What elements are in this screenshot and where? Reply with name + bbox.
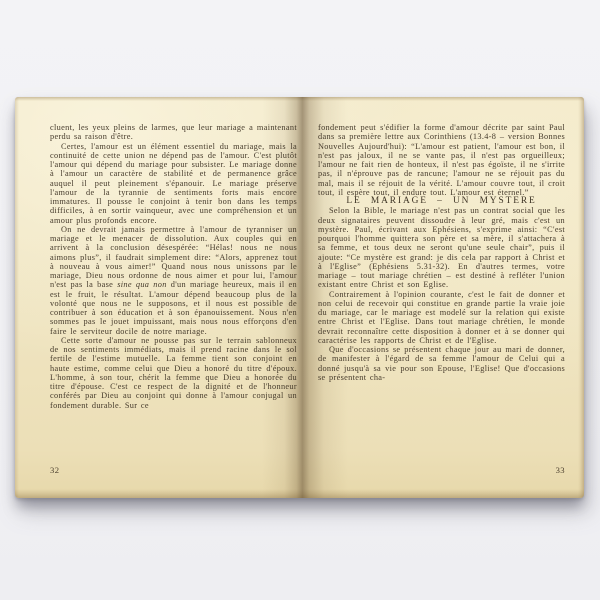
left-page-text-block: cluent, les yeux pleins de larmes, que l…: [50, 123, 297, 410]
page-number-right: 33: [318, 465, 565, 475]
paragraph-segment: d'un mariage heureux, mais il en est le …: [50, 280, 297, 335]
latin-phrase: sine qua non: [117, 280, 167, 289]
photo-background: cluent, les yeux pleins de larmes, que l…: [0, 0, 600, 600]
paragraph: Que d'occasions se présentent chaque jou…: [318, 345, 565, 382]
paragraph: Selon la Bible, le mariage n'est pas un …: [318, 206, 565, 289]
paragraph: Certes, l'amour est un élément essentiel…: [50, 142, 297, 225]
paragraph: On ne devrait jamais permettre à l'amour…: [50, 225, 297, 336]
paragraph: Cette sorte d'amour ne pousse pas sur le…: [50, 336, 297, 410]
right-page-text-block: fondement peut s'édifier la forme d'amou…: [318, 123, 565, 382]
book-right-page-edges: [578, 97, 584, 498]
page-number-left: 32: [50, 465, 297, 475]
open-book: cluent, les yeux pleins de larmes, que l…: [15, 97, 584, 498]
chapter-heading: LE MARIAGE – UN MYSTERE: [318, 197, 565, 206]
book-left-page-edge: [15, 97, 19, 498]
paragraph: Contrairement à l'opinion courante, c'es…: [318, 290, 565, 346]
paragraph: fondement peut s'édifier la forme d'amou…: [318, 123, 565, 197]
paragraph: cluent, les yeux pleins de larmes, que l…: [50, 123, 297, 142]
